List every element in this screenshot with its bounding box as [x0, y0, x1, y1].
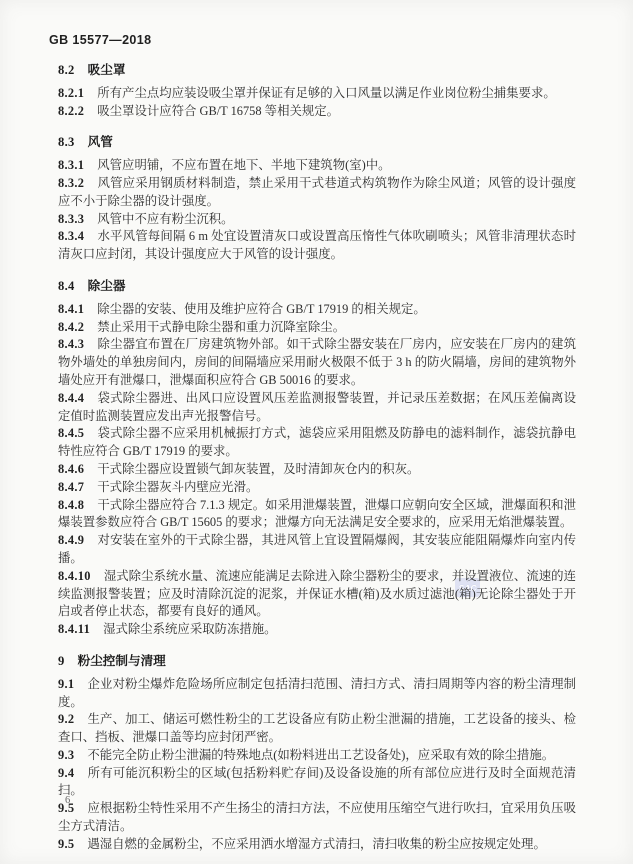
- clause-number: 8.4.6: [58, 462, 84, 476]
- section-heading-8-4: 8.4除尘器: [58, 278, 576, 296]
- clause-9-1: 9.1企业对粉尘爆炸危险场所应制定包括清扫范围、清扫方式、清扫周期等内容的粉尘清…: [58, 676, 576, 712]
- document-page: GB 15577—2018 SAC 8.2吸尘罩 8.2.1所有产尘点均应装设吸…: [0, 0, 633, 864]
- clause-number: 8.4.9: [58, 533, 84, 547]
- clause-number: 8.4.10: [58, 569, 91, 583]
- clause-9-3: 9.3不能完全防止粉尘泄漏的特殊地点(如粉料进出工艺设备处)，应采取有效的除尘措…: [58, 747, 576, 765]
- page-number: 6: [65, 795, 70, 806]
- section-title: 粉尘控制与清理: [78, 654, 166, 668]
- clause-number: 8.4.2: [58, 320, 84, 334]
- clause-number: 8.4.11: [58, 622, 90, 636]
- clause-text: 袋式除尘器进、出风口应设置风压差监测报警装置，并记录压差数据；在风压差偏离设定值…: [58, 391, 576, 423]
- clause-number: 9.5: [58, 837, 74, 851]
- section-title: 吸尘罩: [88, 63, 126, 77]
- clause-8-4-9: 8.4.9对安装在室外的干式除尘器，其进风管上宜设置隔爆阀，其安装应能阻隔爆炸向…: [58, 532, 576, 568]
- clause-number: 8.4.7: [58, 480, 84, 494]
- clause-text: 风管应明铺，不应布置在地下、半地下建筑物(室)中。: [97, 158, 390, 172]
- clause-text: 风管中不应有粉尘沉积。: [97, 212, 233, 226]
- section-title: 除尘器: [88, 279, 126, 293]
- clause-text: 不能完全防止粉尘泄漏的特殊地点(如粉料进出工艺设备处)，应采取有效的除尘措施。: [87, 748, 554, 762]
- clause-9-5-duplicate: 9.5遇湿自燃的金属粉尘，不应采用洒水增湿方式清扫，清扫收集的粉尘应按规定处理。: [58, 836, 576, 854]
- clause-text: 袋式除尘器不应采用机械振打方式，滤袋应采用阻燃及防静电的滤料制作，滤袋抗静电特性…: [58, 426, 576, 458]
- clause-text: 遇湿自燃的金属粉尘，不应采用洒水增湿方式清扫，清扫收集的粉尘应按规定处理。: [87, 837, 545, 851]
- clause-8-3-4: 8.3.4水平风管每间隔 6 m 处宜设置清灰口或设置高压惰性气体吹刷喷头；风管…: [58, 228, 576, 264]
- clause-number: 8.3.1: [58, 158, 84, 172]
- clause-text: 企业对粉尘爆炸危险场所应制定包括清扫范围、清扫方式、清扫周期等内容的粉尘清理制度…: [58, 677, 576, 709]
- section-heading-9: 9粉尘控制与清理: [58, 653, 576, 671]
- clause-number: 8.2.1: [58, 86, 84, 100]
- section-title: 风管: [88, 135, 113, 149]
- clause-text: 生产、加工、储运可燃性粉尘的工艺设备应有防止粉尘泄漏的措施，工艺设备的接头、检查…: [58, 712, 576, 744]
- clause-8-4-4: 8.4.4袋式除尘器进、出风口应设置风压差监测报警装置，并记录压差数据；在风压差…: [58, 390, 576, 426]
- clause-number: 8.4.4: [58, 391, 84, 405]
- clause-number: 8.4.3: [58, 337, 84, 351]
- clause-8-4-2: 8.4.2禁止采用干式静电除尘器和重力沉降室除尘。: [58, 319, 576, 337]
- clause-text: 干式除尘器灰斗内壁应光滑。: [97, 480, 258, 494]
- clause-number: 8.3.2: [58, 176, 84, 190]
- clause-8-4-3: 8.4.3除尘器宜布置在厂房建筑物外部。如干式除尘器安装在厂房内，应安装在厂房内…: [58, 336, 576, 389]
- clause-text: 除尘器的安装、使用及维护应符合 GB/T 17919 的相关规定。: [97, 302, 425, 316]
- clause-text: 所有产尘点均应装设吸尘罩并保证有足够的入口风量以满足作业岗位粉尘捕集要求。: [97, 86, 555, 100]
- section-number: 8.2: [58, 63, 75, 77]
- clause-8-4-1: 8.4.1除尘器的安装、使用及维护应符合 GB/T 17919 的相关规定。: [58, 301, 576, 319]
- clause-number: 9.1: [58, 677, 74, 691]
- clause-8-4-8: 8.4.8干式除尘器应符合 7.1.3 规定。如采用泄爆装置，泄爆口应朝向安全区…: [58, 497, 576, 533]
- clause-8-3-2: 8.3.2风管应采用钢质材料制造，禁止采用干式巷道式构筑物作为除尘风道；风管的设…: [58, 175, 576, 211]
- clause-8-4-5: 8.4.5袋式除尘器不应采用机械振打方式，滤袋应采用阻燃及防静电的滤料制作，滤袋…: [58, 425, 576, 461]
- clause-number: 8.4.1: [58, 302, 84, 316]
- clause-text: 所有可能沉积粉尘的区域(包括粉料贮存间)及设备设施的所有部位应进行及时全面规范清…: [58, 766, 576, 798]
- clause-8-2-1: 8.2.1所有产尘点均应装设吸尘罩并保证有足够的入口风量以满足作业岗位粉尘捕集要…: [58, 85, 576, 103]
- section-number: 8.4: [58, 279, 75, 293]
- clause-text: 干式除尘器应设置锁气卸灰装置，及时清卸灰仓内的积灰。: [97, 462, 419, 476]
- section-number: 8.3: [58, 135, 75, 149]
- clause-text: 对安装在室外的干式除尘器，其进风管上宜设置隔爆阀，其安装应能阻隔爆炸向室内传播。: [58, 533, 576, 565]
- clause-text: 应根据粉尘特性采用不产生扬尘的清扫方法，不应使用压缩空气进行吹扫，宜采用负压吸尘…: [58, 801, 576, 833]
- clause-8-3-3: 8.3.3风管中不应有粉尘沉积。: [58, 211, 576, 229]
- clause-9-4: 9.4所有可能沉积粉尘的区域(包括粉料贮存间)及设备设施的所有部位应进行及时全面…: [58, 765, 576, 801]
- running-header-standard-number: GB 15577—2018: [49, 33, 152, 47]
- section-heading-8-3: 8.3风管: [58, 134, 576, 152]
- clause-9-2: 9.2生产、加工、储运可燃性粉尘的工艺设备应有防止粉尘泄漏的措施，工艺设备的接头…: [58, 711, 576, 747]
- page-body: 8.2吸尘罩 8.2.1所有产尘点均应装设吸尘罩并保证有足够的入口风量以满足作业…: [58, 48, 576, 854]
- clause-number: 8.3.4: [58, 229, 84, 243]
- clause-8-3-1: 8.3.1风管应明铺，不应布置在地下、半地下建筑物(室)中。: [58, 157, 576, 175]
- clause-8-4-6: 8.4.6干式除尘器应设置锁气卸灰装置，及时清卸灰仓内的积灰。: [58, 461, 576, 479]
- clause-8-4-11: 8.4.11湿式除尘系统应采取防冻措施。: [58, 621, 576, 639]
- clause-number: 8.3.3: [58, 212, 84, 226]
- section-heading-8-2: 8.2吸尘罩: [58, 62, 576, 80]
- clause-text: 禁止采用干式静电除尘器和重力沉降室除尘。: [97, 320, 345, 334]
- clause-9-5: 9.5应根据粉尘特性采用不产生扬尘的清扫方法，不应使用压缩空气进行吹扫，宜采用负…: [58, 800, 576, 836]
- clause-8-4-7: 8.4.7干式除尘器灰斗内壁应光滑。: [58, 479, 576, 497]
- clause-text: 湿式除尘系统水量、流速应能满足去除进入除尘器粉尘的要求，并设置液位、流速的连续监…: [58, 569, 576, 619]
- clause-number: 9.2: [58, 712, 74, 726]
- clause-8-4-10: 8.4.10湿式除尘系统水量、流速应能满足去除进入除尘器粉尘的要求，并设置液位、…: [58, 568, 576, 621]
- clause-text: 除尘器宜布置在厂房建筑物外部。如干式除尘器安装在厂房内，应安装在厂房内的建筑物外…: [58, 337, 576, 387]
- section-number: 9: [58, 654, 65, 668]
- clause-text: 风管应采用钢质材料制造，禁止采用干式巷道式构筑物作为除尘风道；风管的设计强度应不…: [58, 176, 576, 208]
- clause-text: 干式除尘器应符合 7.1.3 规定。如采用泄爆装置，泄爆口应朝向安全区域，泄爆面…: [58, 498, 576, 530]
- clause-number: 9.4: [58, 766, 74, 780]
- clause-number: 8.2.2: [58, 104, 84, 118]
- clause-text: 水平风管每间隔 6 m 处宜设置清灰口或设置高压惰性气体吹刷喷头；风管非清理状态…: [58, 229, 576, 261]
- clause-text: 吸尘罩设计应符合 GB/T 16758 等相关规定。: [97, 104, 339, 118]
- clause-number: 9.3: [58, 748, 74, 762]
- clause-text: 湿式除尘系统应采取防冻措施。: [103, 622, 276, 636]
- clause-8-2-2: 8.2.2吸尘罩设计应符合 GB/T 16758 等相关规定。: [58, 103, 576, 121]
- clause-number: 8.4.5: [58, 426, 84, 440]
- clause-number: 8.4.8: [58, 498, 84, 512]
